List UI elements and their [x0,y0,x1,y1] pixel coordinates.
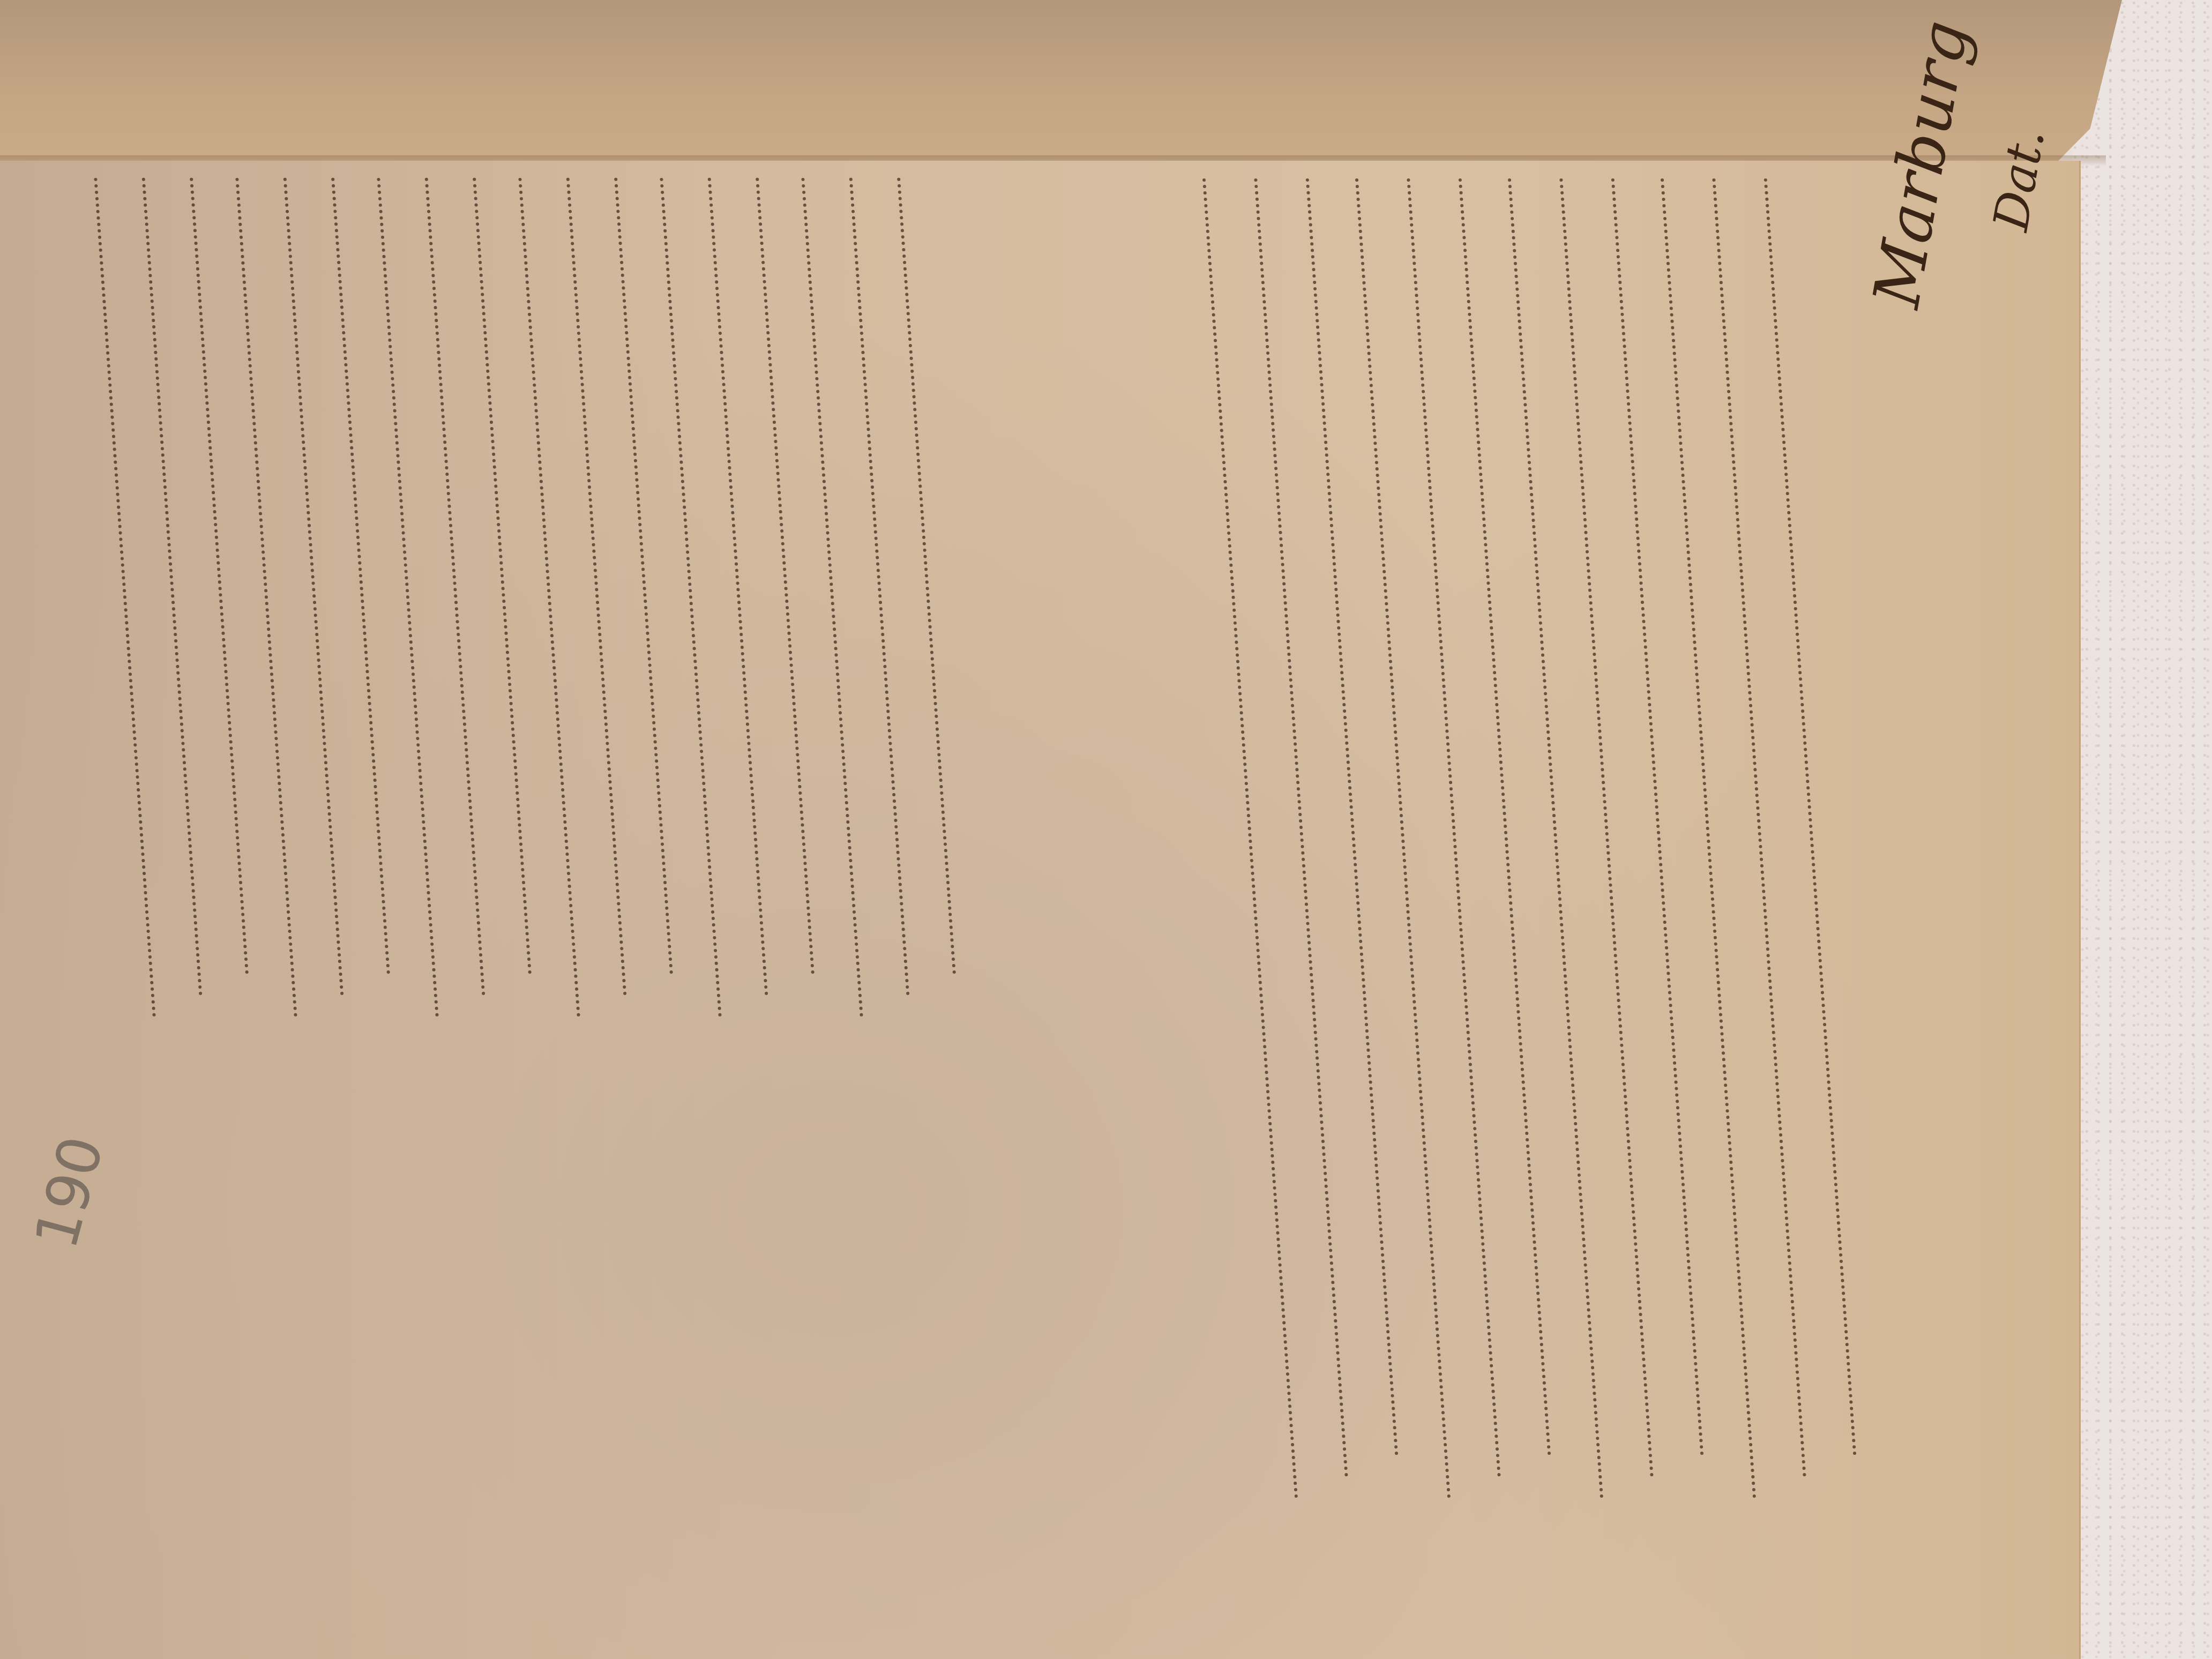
background-cloth [2073,0,2212,1659]
facing-page-edge [0,0,2122,161]
manuscript-page [0,161,2081,1659]
